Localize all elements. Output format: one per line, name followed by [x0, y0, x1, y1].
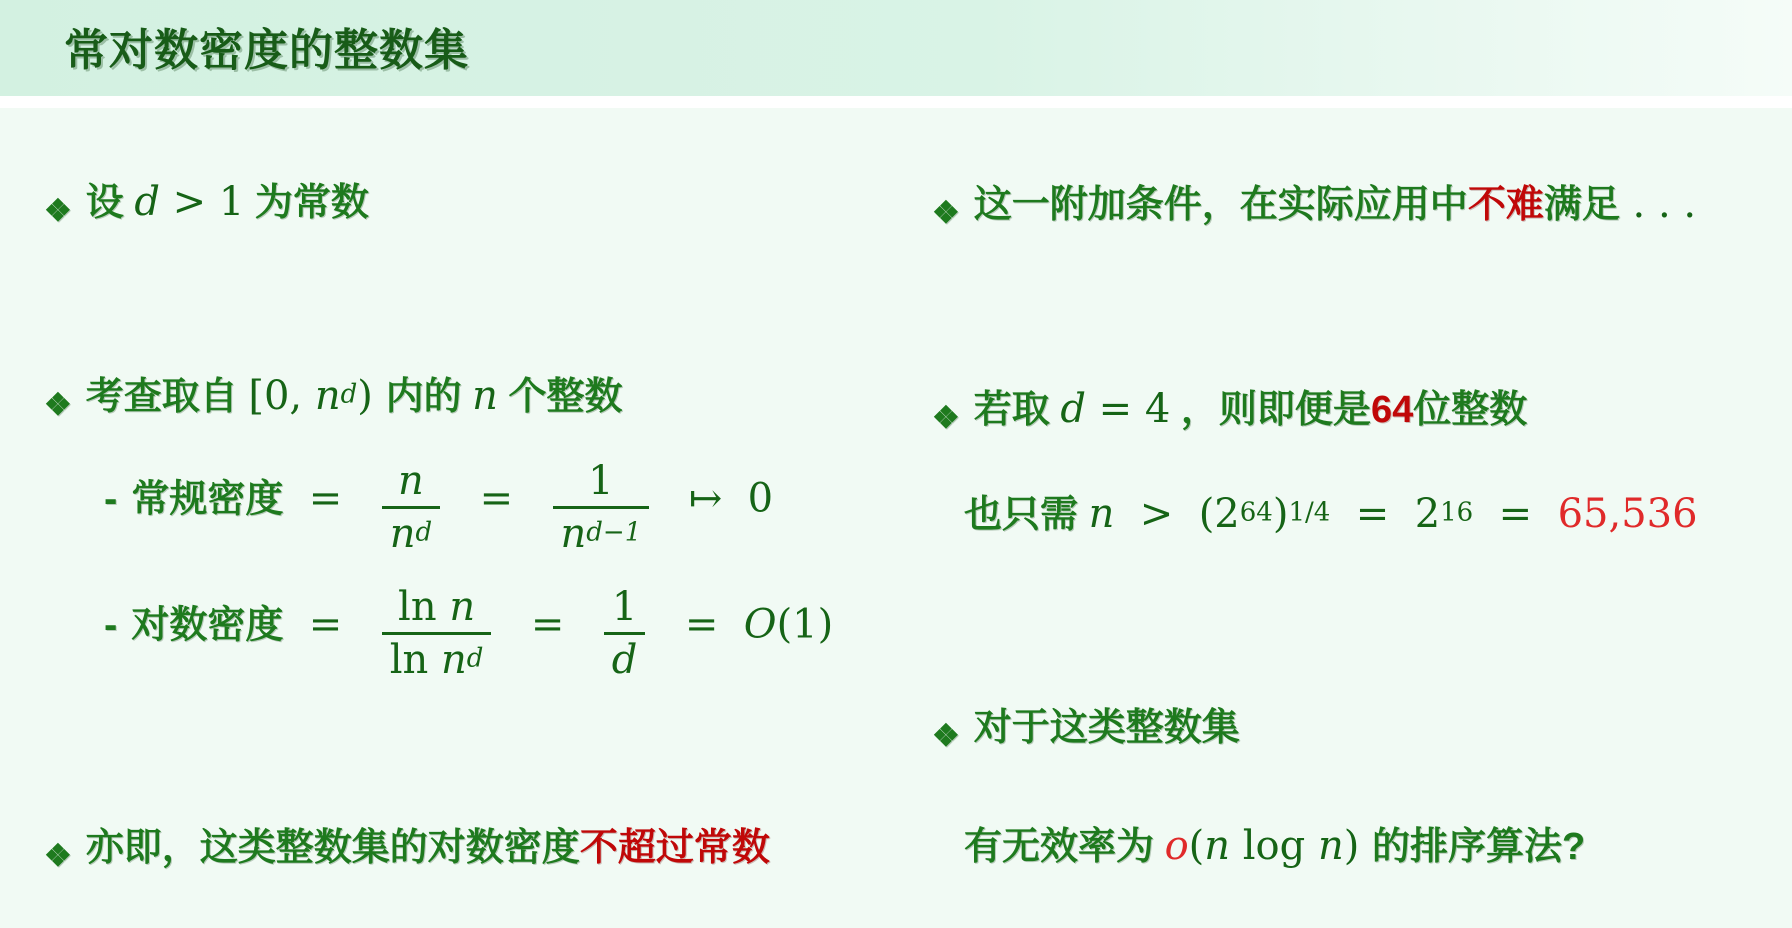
math-segment: . . .: [1620, 181, 1696, 227]
math-segment: n: [561, 511, 587, 557]
text-segment: 考查取自: [86, 376, 249, 418]
math-segment: ln: [398, 584, 449, 630]
math-segment: 16: [1440, 498, 1473, 528]
math-segment: d−1: [586, 518, 641, 548]
math-segment: ): [357, 373, 385, 419]
text-segment: 亦即，这类整数集的对数密度: [86, 827, 580, 869]
bullet-diamond-icon: ❖: [932, 195, 960, 230]
math-segment: [0,: [248, 373, 314, 419]
math-segment: > (2: [1114, 491, 1239, 537]
math-segment: d: [467, 644, 484, 674]
math-segment: =: [659, 602, 743, 648]
bullet-line-d-equals-4: ❖若取 d = 4 ，则即便是64位整数: [932, 385, 1527, 436]
math-segment: =: [283, 602, 367, 648]
math-segment: =: [283, 476, 367, 522]
math-segment: > 1: [160, 179, 244, 225]
text-segment: 内的: [386, 376, 473, 418]
formula-line-65536: 也只需 n > (264)1/4 = 216 = 65,536: [964, 490, 1698, 539]
bullet-diamond-icon: ❖: [932, 400, 960, 435]
fraction-denominator: d: [604, 632, 646, 683]
highlight-red-text: 64: [1371, 389, 1413, 431]
text-segment: ，则即便是: [1170, 389, 1371, 431]
math-segment: n: [398, 458, 424, 504]
text-segment: 对于这类整数集: [974, 707, 1240, 749]
bullet-diamond-icon: ❖: [932, 718, 960, 753]
math-segment: d: [415, 518, 432, 548]
highlight-red-text: 不超过常数: [580, 827, 770, 869]
math-segment: n: [472, 373, 498, 419]
question-line-sorting: 有无效率为 o(n log n) 的排序算法?: [964, 822, 1585, 871]
fraction-numerator: 1: [580, 458, 621, 506]
math-segment: ln: [390, 637, 441, 683]
math-segment: n: [390, 511, 416, 557]
fraction: ln nln nd: [382, 584, 492, 683]
math-segment: 1/4: [1288, 498, 1330, 528]
bullet-line-set-d: ❖设 d > 1 为常数: [44, 178, 369, 229]
math-segment: =: [1473, 491, 1557, 537]
fraction-denominator: ln nd: [382, 632, 492, 683]
math-segment: n: [449, 584, 475, 630]
math-segment: n: [1318, 823, 1344, 869]
math-segment: 1: [588, 458, 613, 504]
fraction-denominator: nd: [382, 506, 440, 557]
text-segment: 对数密度: [131, 605, 283, 647]
math-segment: n: [315, 373, 341, 419]
bullet-line-consider-n: ❖考查取自 [0, nd) 内的 n 个整数: [44, 372, 622, 423]
math-segment: (: [1189, 823, 1205, 869]
math-segment: n: [1089, 491, 1115, 537]
math-segment: d: [341, 380, 358, 410]
math-segment: n: [441, 637, 467, 683]
dash-marker: -: [104, 603, 117, 647]
text-segment: 也只需: [964, 494, 1089, 536]
math-segment: n: [1204, 823, 1230, 869]
highlight-red-text: o: [1165, 823, 1189, 869]
text-segment: 常规密度: [131, 479, 283, 521]
math-segment: O: [744, 602, 777, 648]
formula-line-log-density: -对数密度 = ln nln nd = 1d = O(1): [104, 584, 833, 683]
dash-marker: -: [104, 477, 117, 521]
lecture-slide: 常对数密度的整数集 ❖设 d > 1 为常数 ❖考查取自 [0, nd) 内的 …: [0, 0, 1792, 928]
math-segment: d: [612, 637, 638, 683]
text-segment: 这一附加条件，在实际应用中: [974, 184, 1468, 226]
slide-title: 常对数密度的整数集: [64, 14, 469, 78]
math-segment: ): [1344, 823, 1372, 869]
math-segment: log: [1230, 823, 1318, 869]
text-segment: 满足: [1544, 184, 1620, 226]
bullet-diamond-icon: ❖: [44, 838, 72, 873]
math-segment: ): [1273, 491, 1289, 537]
math-segment: ↦ 0: [663, 476, 773, 522]
text-segment: 的排序算法?: [1372, 826, 1585, 868]
header-divider: [0, 96, 1792, 108]
highlight-red-text: 不难: [1468, 184, 1544, 226]
bullet-line-conclusion: ❖亦即，这类整数集的对数密度不超过常数: [44, 826, 770, 874]
bullet-line-integer-set: ❖对于这类整数集: [932, 706, 1240, 754]
text-segment: 设: [86, 182, 135, 224]
text-segment: 为常数: [244, 182, 369, 224]
text-segment: 有无效率为: [964, 826, 1165, 868]
math-segment: = 2: [1330, 491, 1440, 537]
bullet-diamond-icon: ❖: [44, 387, 72, 422]
fraction-numerator: n: [390, 458, 432, 506]
bullet-diamond-icon: ❖: [44, 193, 72, 228]
fraction: nnd: [382, 458, 440, 557]
text-segment: 若取: [974, 389, 1061, 431]
formula-line-regular-density: -常规密度 = nnd = 1nd−1 ↦ 0: [104, 458, 773, 557]
text-segment: 位整数: [1413, 389, 1527, 431]
text-segment: 个整数: [498, 376, 623, 418]
math-segment: 1: [612, 584, 637, 630]
fraction-denominator: nd−1: [553, 506, 650, 557]
fraction-numerator: 1: [604, 584, 645, 632]
fraction: 1d: [604, 584, 646, 683]
math-segment: d: [1060, 386, 1086, 432]
fraction-numerator: ln n: [390, 584, 483, 632]
math-segment: 64: [1240, 498, 1273, 528]
math-segment: =: [454, 476, 538, 522]
highlight-red-text: 65,536: [1558, 491, 1698, 537]
fraction: 1nd−1: [553, 458, 650, 557]
math-segment: d: [134, 179, 160, 225]
math-segment: = 4: [1086, 386, 1170, 432]
math-segment: =: [505, 602, 589, 648]
math-segment: (1): [777, 602, 834, 648]
bullet-line-condition: ❖这一附加条件，在实际应用中不难满足 . . .: [932, 180, 1696, 231]
